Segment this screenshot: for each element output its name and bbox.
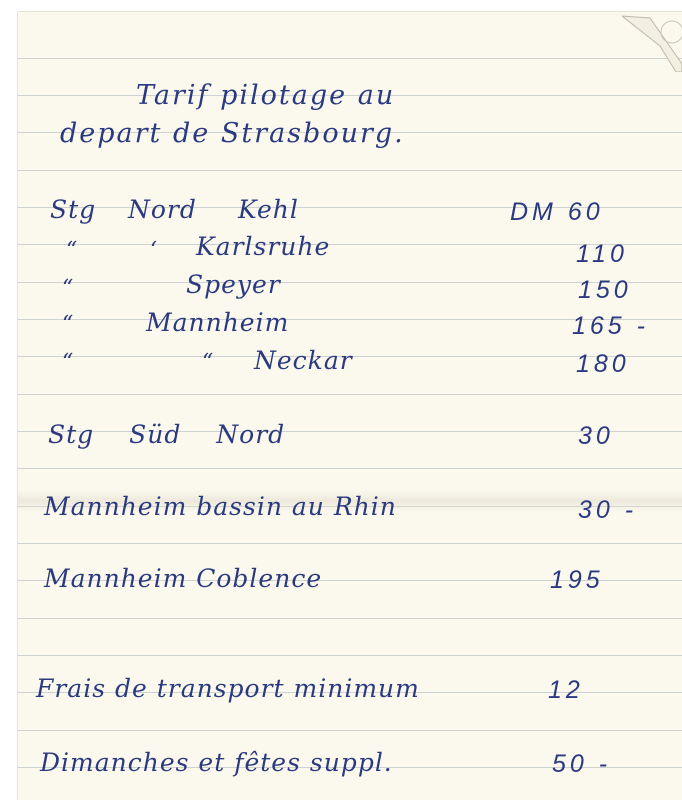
folded-corner-icon: [622, 12, 682, 72]
ruled-line: [18, 543, 682, 544]
ditto-mark: ‘: [150, 240, 157, 262]
rate-amount: 195: [550, 568, 604, 593]
ditto-mark: “: [66, 240, 77, 262]
rate-amount: 150: [578, 278, 632, 303]
extra-charge-amount: 12: [548, 678, 584, 703]
rate-label: Mannheim Coblence: [44, 566, 322, 591]
rate-destination: Mannheim: [146, 310, 289, 335]
ditto-mark: “: [62, 278, 73, 300]
rate-amount: 165 -: [572, 314, 649, 339]
extra-charge-label: Dimanches et fêtes suppl.: [40, 750, 393, 775]
document-title-line-1: Tarif pilotage au: [136, 82, 395, 109]
rate-destination: Kehl: [238, 197, 299, 222]
ditto-mark: “: [62, 314, 73, 336]
ruled-line: [18, 730, 682, 731]
ruled-line: [18, 394, 682, 395]
rate-origin: Stg: [50, 197, 96, 222]
rate-amount: 30: [578, 424, 614, 449]
ditto-mark: “: [62, 352, 73, 374]
rate-amount: 110: [576, 242, 628, 267]
ruled-line: [18, 618, 682, 619]
ruled-line: [18, 468, 682, 469]
rate-zone: Nord: [128, 197, 197, 222]
rate-destination: Speyer: [186, 272, 281, 297]
rate-label: Mannheim bassin au Rhin: [44, 494, 397, 519]
rate-amount: DM 60: [510, 200, 604, 225]
rate-amount: 30 -: [578, 498, 637, 523]
lined-paper-sheet: Tarif pilotage au depart de Strasbourg. …: [18, 12, 682, 800]
document-title-line-2: depart de Strasbourg.: [60, 120, 405, 147]
extra-charge-amount: 50 -: [552, 752, 611, 777]
ruled-line: [18, 655, 682, 656]
rate-amount: 180: [576, 352, 630, 377]
rate-label: Stg Süd Nord: [48, 422, 285, 447]
extra-charge-label: Frais de transport minimum: [36, 676, 420, 701]
ruled-line: [18, 58, 682, 59]
rate-destination: Karlsruhe: [196, 234, 330, 259]
ditto-mark: “: [202, 352, 213, 374]
rate-destination: Neckar: [254, 348, 353, 373]
ruled-line: [18, 170, 682, 171]
